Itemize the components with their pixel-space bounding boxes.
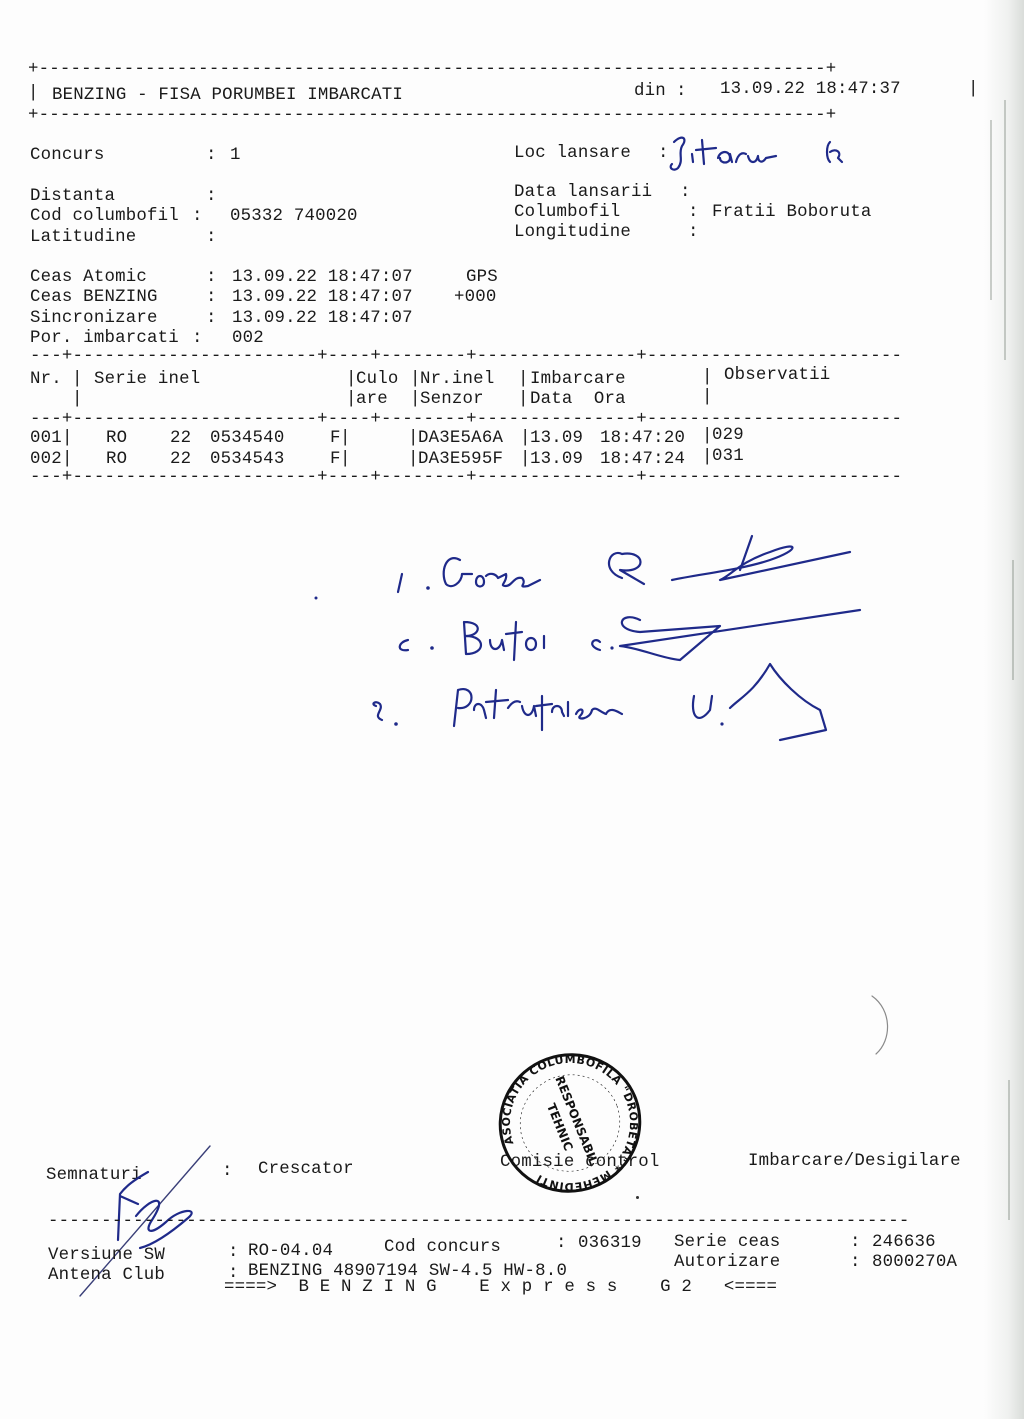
- ceas-atomic-label: Ceas Atomic: [30, 268, 147, 288]
- table-border-bottom: ---+-----------------------+----+-------…: [30, 468, 902, 488]
- din-label: din: [634, 82, 666, 102]
- td-divider: |: [62, 429, 73, 449]
- row-year: 22: [170, 450, 191, 470]
- td-divider: |: [340, 429, 351, 449]
- imbarcare-desigilare-label: Imbarcare/Desigilare: [748, 1152, 961, 1172]
- ceas-benzing-label: Ceas BENZING: [30, 288, 158, 308]
- th-divider: |: [518, 390, 529, 410]
- din-value: 13.09.22 18:47:37: [720, 80, 901, 100]
- th-nr-inel-1: Nr.inel: [420, 370, 494, 390]
- autorizare-label: Autorizare: [674, 1253, 780, 1273]
- distanta-colon: :: [206, 187, 217, 207]
- concurs-colon: :: [206, 146, 217, 166]
- th-serie-inel: Serie inel: [94, 370, 200, 390]
- th-culoare-1: Culo: [356, 370, 399, 390]
- margin-mark: [862, 990, 902, 1060]
- din-colon: :: [676, 82, 687, 102]
- row-obs: 029: [712, 426, 744, 446]
- header-border-bottom: +---------------------------------------…: [28, 106, 836, 126]
- por-imbarcati-label: Por. imbarcati: [30, 329, 179, 349]
- serie-ceas-value: 246636: [872, 1233, 936, 1253]
- por-imbarcati-colon: :: [192, 329, 203, 349]
- versiune-label: Versiune SW: [48, 1246, 165, 1266]
- th-nr: Nr.: [30, 370, 62, 390]
- document-title: BENZING - FISA PORUMBEI IMBARCATI: [52, 86, 403, 106]
- latitudine-label: Latitudine: [30, 228, 136, 248]
- versiune-colon: :: [228, 1243, 239, 1263]
- crescator-label: Crescator: [258, 1160, 354, 1180]
- columbofil-colon: :: [688, 203, 699, 223]
- table-border-mid: ---+-----------------------+----+-------…: [30, 410, 902, 430]
- row-date: 13.09: [530, 450, 583, 470]
- serie-ceas-colon: :: [850, 1233, 861, 1253]
- th-divider: |: [702, 368, 713, 388]
- scan-streak: [990, 120, 992, 300]
- columbofil-label: Columbofil: [514, 203, 620, 223]
- th-imbarcare-1: Imbarcare: [530, 370, 626, 390]
- header-border-right: |: [968, 80, 979, 100]
- row-ring: 0534540: [210, 429, 284, 449]
- td-divider: |: [340, 450, 351, 470]
- cod-columbofil-colon: :: [192, 207, 203, 227]
- th-divider: |: [72, 370, 83, 390]
- cod-columbofil-value: 05332 740020: [230, 207, 358, 227]
- table-border-top: ---+-----------------------+----+-------…: [30, 347, 902, 367]
- row-senzor: DA3E5A6A: [418, 429, 503, 449]
- cod-concurs-colon: :: [556, 1234, 567, 1254]
- row-time: 18:47:24: [600, 450, 685, 470]
- scan-streak: [1008, 1080, 1010, 1220]
- antena-label: Antena Club: [48, 1266, 165, 1286]
- concurs-value: 1: [230, 146, 241, 166]
- longitudine-colon: :: [688, 223, 699, 243]
- row-ring: 0534543: [210, 450, 284, 470]
- row-nr: 001: [30, 429, 62, 449]
- header-border-top: +---------------------------------------…: [28, 60, 836, 80]
- ceas-benzing-value: 13.09.22 18:47:07: [232, 288, 413, 308]
- sincronizare-colon: :: [206, 309, 217, 329]
- svg-text:ASOCIATIA COLUMBOFILA "DROBETA: ASOCIATIA COLUMBOFILA "DROBETA" * MEHEDI…: [490, 1048, 650, 1198]
- th-divider: |: [702, 388, 713, 408]
- td-divider: |: [62, 450, 73, 470]
- row-obs: 031: [712, 447, 744, 467]
- row-country: RO: [106, 429, 127, 449]
- sincronizare-value: 13.09.22 18:47:07: [232, 309, 413, 329]
- autorizare-value: 8000270A: [872, 1253, 957, 1273]
- data-lansarii-colon: :: [680, 183, 691, 203]
- cod-columbofil-label: Cod columbofil: [30, 207, 179, 227]
- autorizare-colon: :: [850, 1253, 861, 1273]
- row-nr: 002: [30, 450, 62, 470]
- ceas-atomic-value: 13.09.22 18:47:07: [232, 268, 413, 288]
- distanta-label: Distanta: [30, 187, 115, 207]
- header-border-left: |: [28, 84, 39, 104]
- columbofil-value: Fratii Boboruta: [712, 203, 872, 223]
- latitudine-colon: :: [206, 228, 217, 248]
- row-time: 18:47:20: [600, 429, 685, 449]
- concurs-label: Concurs: [30, 146, 104, 166]
- loc-lansare-label: Loc lansare: [514, 144, 631, 164]
- th-nr-inel-2: Senzor: [420, 390, 484, 410]
- scan-streak: [1012, 560, 1014, 680]
- sincronizare-label: Sincronizare: [30, 309, 158, 329]
- longitudine-label: Longitudine: [514, 223, 631, 243]
- ceas-atomic-colon: :: [206, 268, 217, 288]
- association-stamp: ASOCIATIA COLUMBOFILA "DROBETA" * MEHEDI…: [490, 1048, 650, 1198]
- row-country: RO: [106, 450, 127, 470]
- ceas-benzing-suffix: +000: [454, 288, 497, 308]
- cod-concurs-value: 036319: [578, 1234, 642, 1254]
- footer-divider: ----------------------------------------…: [48, 1212, 910, 1232]
- data-lansarii-label: Data lansarii: [514, 183, 652, 203]
- versiune-value: RO-04.04: [248, 1242, 333, 1262]
- ceas-atomic-suffix: GPS: [466, 268, 498, 288]
- th-divider: |: [518, 370, 529, 390]
- th-divider: |: [72, 390, 83, 410]
- th-imbarcare-2: Data Ora: [530, 390, 626, 410]
- cod-concurs-label: Cod concurs: [384, 1238, 501, 1258]
- handwritten-commission-list: [300, 530, 880, 760]
- th-culoare-2: are: [356, 390, 388, 410]
- benzing-express-banner: ====> B E N Z I N G E x p r e s s G 2 <=…: [224, 1278, 777, 1298]
- th-observatii: Observatii: [724, 366, 830, 386]
- ceas-benzing-colon: :: [206, 288, 217, 308]
- row-year: 22: [170, 429, 191, 449]
- row-senzor: DA3E595F: [418, 450, 503, 470]
- scan-streak: [1004, 100, 1006, 360]
- stamp-outer-text: ASOCIATIA COLUMBOFILA "DROBETA" * MEHEDI…: [490, 1048, 650, 1198]
- row-date: 13.09: [530, 429, 583, 449]
- loc-lansare-handwriting: [660, 128, 880, 176]
- stray-dot: [636, 1196, 639, 1199]
- por-imbarcati-value: 002: [232, 329, 264, 349]
- serie-ceas-label: Serie ceas: [674, 1233, 780, 1253]
